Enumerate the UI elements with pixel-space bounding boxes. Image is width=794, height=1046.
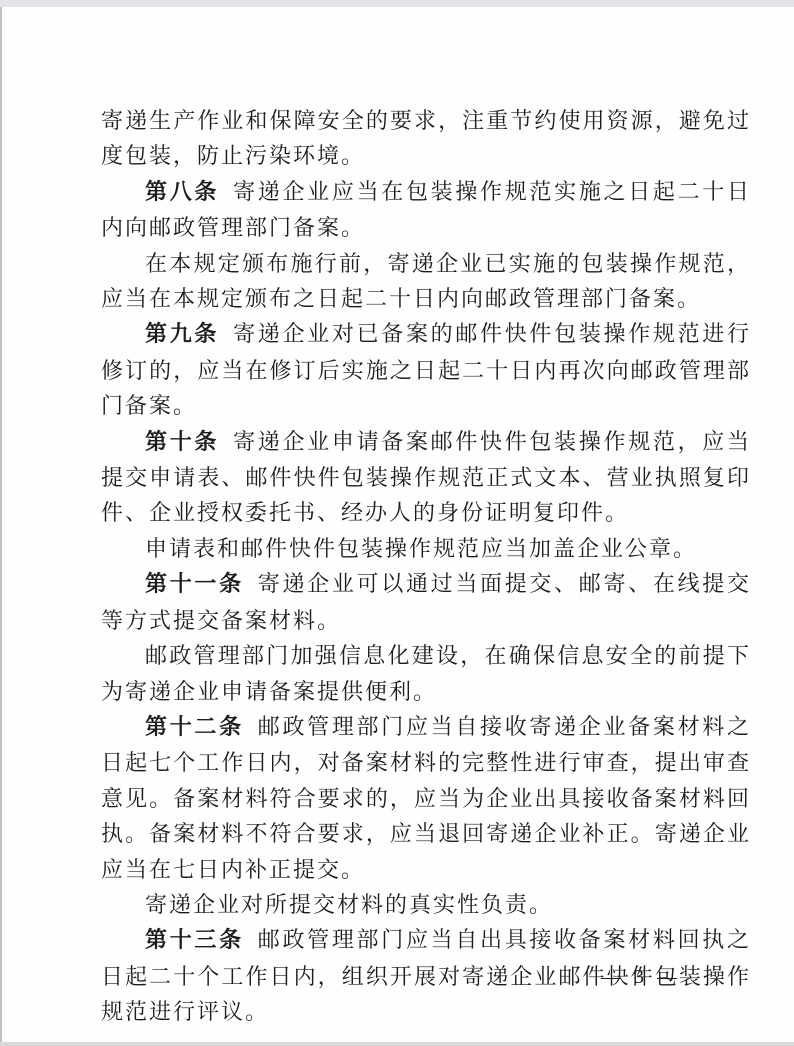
- paragraph: 在本规定颁布施行前，寄递企业已实施的包装操作规范，应当在本规定颁布之日起二十日内…: [101, 246, 751, 317]
- paragraph-text: 邮政管理部门加强信息化建设，在确保信息安全的前提下为寄递企业申请备案提供便利。: [101, 643, 751, 703]
- article-paragraph: 第十二条邮政管理部门应当自接收寄递企业备案材料之日起七个工作日内，对备案材料的完…: [101, 709, 751, 887]
- paragraph: 邮政管理部门加强信息化建设，在确保信息安全的前提下为寄递企业申请备案提供便利。: [101, 638, 751, 709]
- article-number: 第十三条: [145, 928, 244, 953]
- scan-edge-bottom: [0, 1042, 794, 1046]
- article-number: 第十二条: [145, 715, 244, 740]
- article-paragraph: 第十条寄递企业申请备案邮件快件包装操作规范，应当提交申请表、邮件快件包装操作规范…: [101, 424, 751, 531]
- scan-edge-top: [0, 0, 794, 7]
- paragraph: 寄递企业对所提交材料的真实性负责。: [101, 887, 751, 922]
- scanned-document-page: 寄递生产作业和保障安全的要求，注重节约使用资源，避免过度包装，防止污染环境。第八…: [0, 0, 794, 1046]
- article-number: 第十条: [145, 430, 219, 455]
- article-number: 第十一条: [145, 572, 244, 597]
- paragraph-text: 寄递生产作业和保障安全的要求，注重节约使用资源，避免过度包装，防止污染环境。: [101, 108, 751, 168]
- document-body: 寄递生产作业和保障安全的要求，注重节约使用资源，避免过度包装，防止污染环境。第八…: [101, 103, 751, 1030]
- paragraph-text: 在本规定颁布施行前，寄递企业已实施的包装操作规范，应当在本规定颁布之日起二十日内…: [101, 251, 751, 311]
- paragraph-text: 寄递企业对所提交材料的真实性负责。: [145, 892, 553, 917]
- article-number: 第九条: [145, 322, 219, 347]
- paragraph: 申请表和邮件快件包装操作规范应当加盖企业公章。: [101, 531, 751, 566]
- paragraph: 寄递生产作业和保障安全的要求，注重节约使用资源，避免过度包装，防止污染环境。: [101, 103, 751, 174]
- paragraph-text: 申请表和邮件快件包装操作规范应当加盖企业公章。: [145, 536, 697, 561]
- page-number: — 3 —: [591, 966, 691, 989]
- article-paragraph: 第八条寄递企业应当在包装操作规范实施之日起二十日内向邮政管理部门备案。: [101, 174, 751, 246]
- article-number: 第八条: [145, 180, 219, 205]
- scan-edge-left: [0, 7, 2, 1042]
- article-paragraph: 第十一条寄递企业可以通过当面提交、邮寄、在线提交等方式提交备案材料。: [101, 566, 751, 638]
- article-paragraph: 第九条寄递企业对已备案的邮件快件包装操作规范进行修订的，应当在修订后实施之日起二…: [101, 316, 751, 423]
